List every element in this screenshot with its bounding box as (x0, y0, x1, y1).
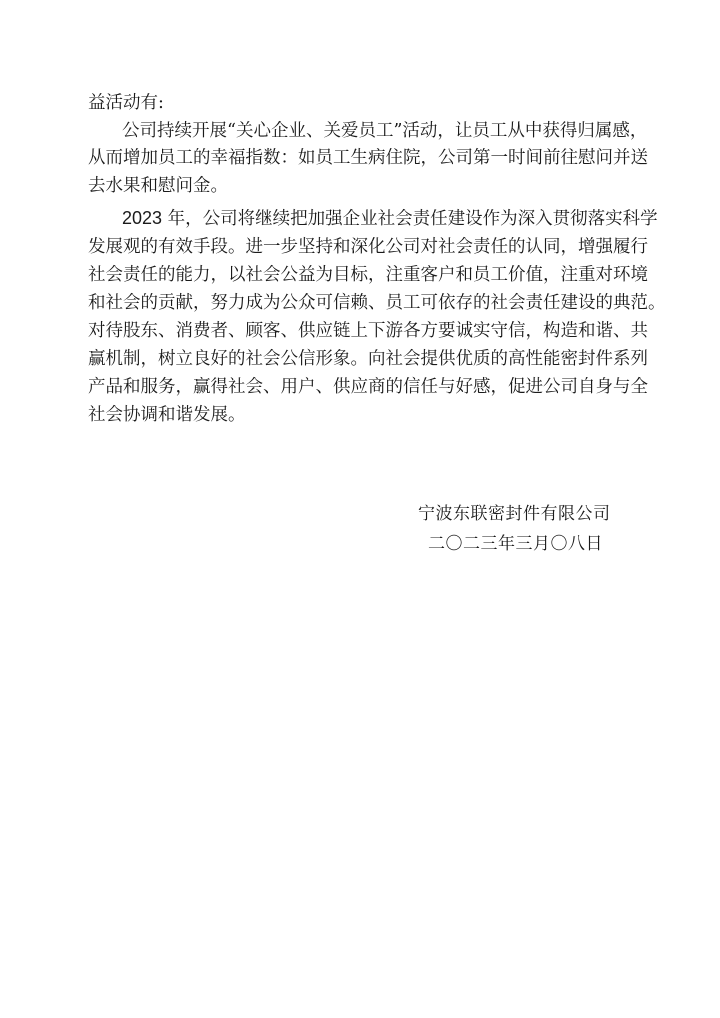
paragraph-line-4: 去水果和慰问金。 (88, 172, 630, 200)
signature-date: 二〇二三年三月〇八日 (428, 530, 603, 558)
paragraph-line-7: 社会责任的能力，以社会公益为目标，注重客户和员工价值，注重对环境 (88, 261, 630, 289)
paragraph-line-6: 发展观的有效手段。进一步坚持和深化公司对社会责任的认同，增强履行 (88, 233, 630, 261)
paragraph-line-5: 2023 年，公司将继续把加强企业社会责任建设作为深入贯彻落实科学 (122, 204, 630, 232)
paragraph-line-9: 对待股东、消费者、顾客、供应链上下游各方要诚实守信，构造和谐、共 (88, 317, 630, 345)
year-text: 2023 (122, 208, 162, 228)
paragraph-line-5-text: 年，公司将继续把加强企业社会责任建设作为深入贯彻落实科学 (168, 209, 658, 229)
paragraph-line-8: 和社会的贡献，努力成为公众可信赖、员工可依存的社会责任建设的典范。 (88, 289, 630, 317)
paragraph-line-3: 从而增加员工的幸福指数：如员工生病住院，公司第一时间前往慰问并送 (88, 144, 630, 172)
paragraph-line-10: 赢机制，树立良好的社会公信形象。向社会提供优质的高性能密封件系列 (88, 345, 630, 373)
paragraph-line-1: 益活动有: (88, 89, 630, 117)
paragraph-line-11: 产品和服务，赢得社会、用户、供应商的信任与好感，促进公司自身与全 (88, 373, 630, 401)
paragraph-line-12: 社会协调和谐发展。 (88, 401, 630, 429)
signature-company: 宁波东联密封件有限公司 (418, 500, 611, 528)
paragraph-line-2: 公司持续开展“关心企业、关爱员工”活动，让员工从中获得归属感， (122, 117, 630, 145)
document-page: 益活动有: 公司持续开展“关心企业、关爱员工”活动，让员工从中获得归属感， 从而… (0, 0, 720, 1018)
